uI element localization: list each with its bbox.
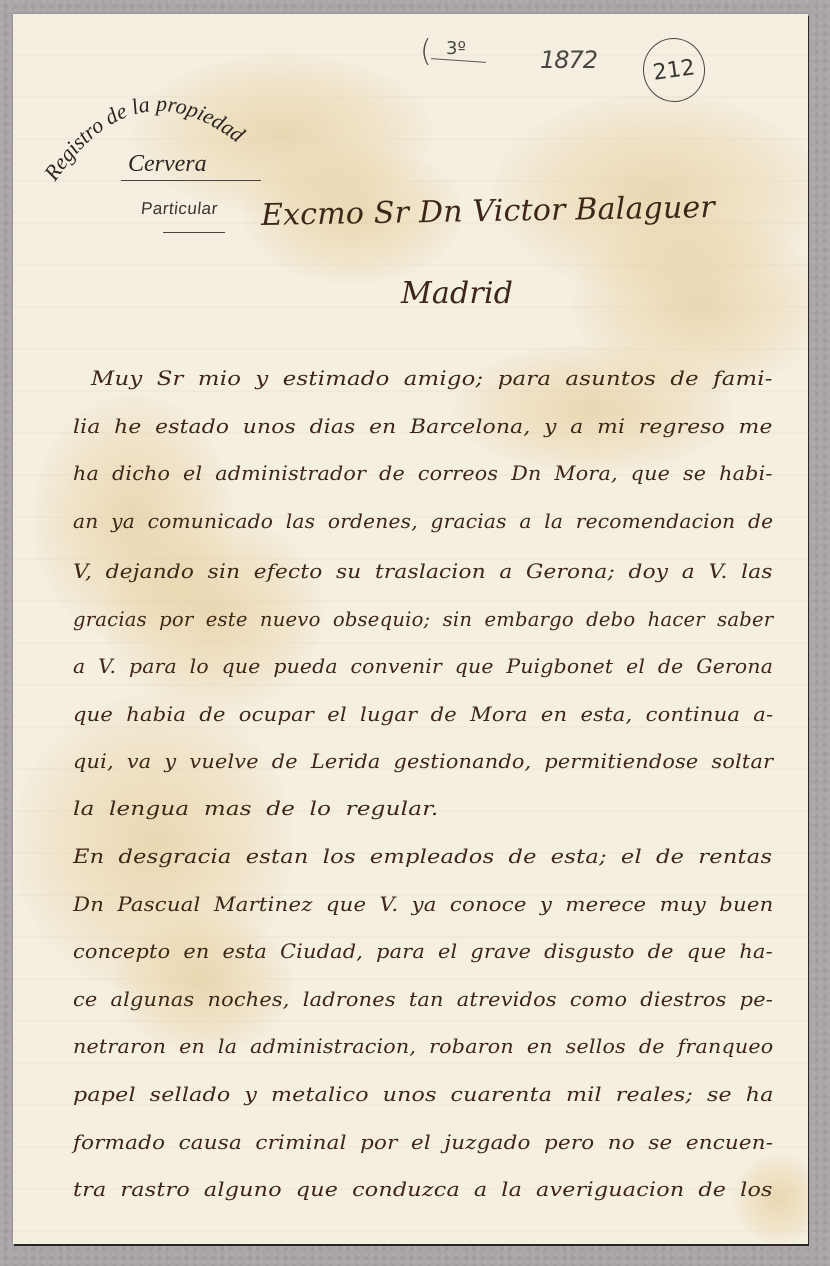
addressee: Excmo Sr Dn Victor Balaguer: [261, 190, 716, 233]
archive-bracket-mark: (: [420, 34, 432, 69]
letterhead-city: Cervera: [128, 151, 207, 178]
body-line: ce algunas noches, ladrones tan atrevido…: [73, 987, 773, 1011]
archive-folio-number: 212: [639, 34, 709, 106]
body-line: lia he estado unos dias en Barcelona, y …: [73, 414, 773, 438]
letter-page: Registro de la propiedad Cervera Particu…: [13, 14, 808, 1244]
body-line: netraron en la administracion, robaron e…: [73, 1034, 773, 1058]
foxing-stain: [453, 344, 733, 474]
body-line: qui, va y vuelve de Lerida gestionando, …: [73, 749, 773, 773]
body-line: concepto en esta Ciudad, para el grave d…: [73, 939, 773, 963]
body-line: tra rastro alguno que conduzca a la aver…: [73, 1177, 773, 1201]
body-line: gracias por este nuevo obsequio; sin emb…: [73, 607, 773, 631]
body-line: papel sellado y metalico unos cuarenta m…: [73, 1082, 774, 1106]
letterhead-divider: [163, 232, 225, 233]
archive-ordinal-mark: 3º: [446, 38, 466, 59]
body-line: En desgracia estan los empleados de esta…: [73, 844, 772, 868]
body-line: la lengua mas de lo regular.: [73, 796, 438, 820]
letterhead-label: Particular: [140, 199, 219, 219]
foxing-stain: [113, 914, 293, 1054]
body-line: que habia de ocupar el lugar de Mora en …: [73, 702, 773, 726]
body-line: Muy Sr mio y estimado amigo; para asunto…: [91, 366, 773, 390]
body-line: an ya comunicado las ordenes, gracias a …: [73, 509, 773, 533]
body-line: ha dicho el administrador de correos Dn …: [73, 461, 773, 485]
addressee-city: Madrid: [401, 276, 513, 311]
letterhead-divider: [121, 180, 261, 181]
body-line: Dn Pascual Martinez que V. ya conoce y m…: [73, 892, 773, 916]
letterhead: Registro de la propiedad Cervera Particu…: [33, 54, 273, 214]
archive-year-mark: 1872: [540, 46, 597, 74]
body-line: a V. para lo que pueda convenir que Puig…: [73, 654, 773, 678]
folio-number-text: 212: [651, 55, 696, 86]
body-line: V, dejando sin efecto su traslacion a Ge…: [73, 559, 773, 583]
body-line: formado causa criminal por el juzgado pe…: [73, 1130, 773, 1154]
